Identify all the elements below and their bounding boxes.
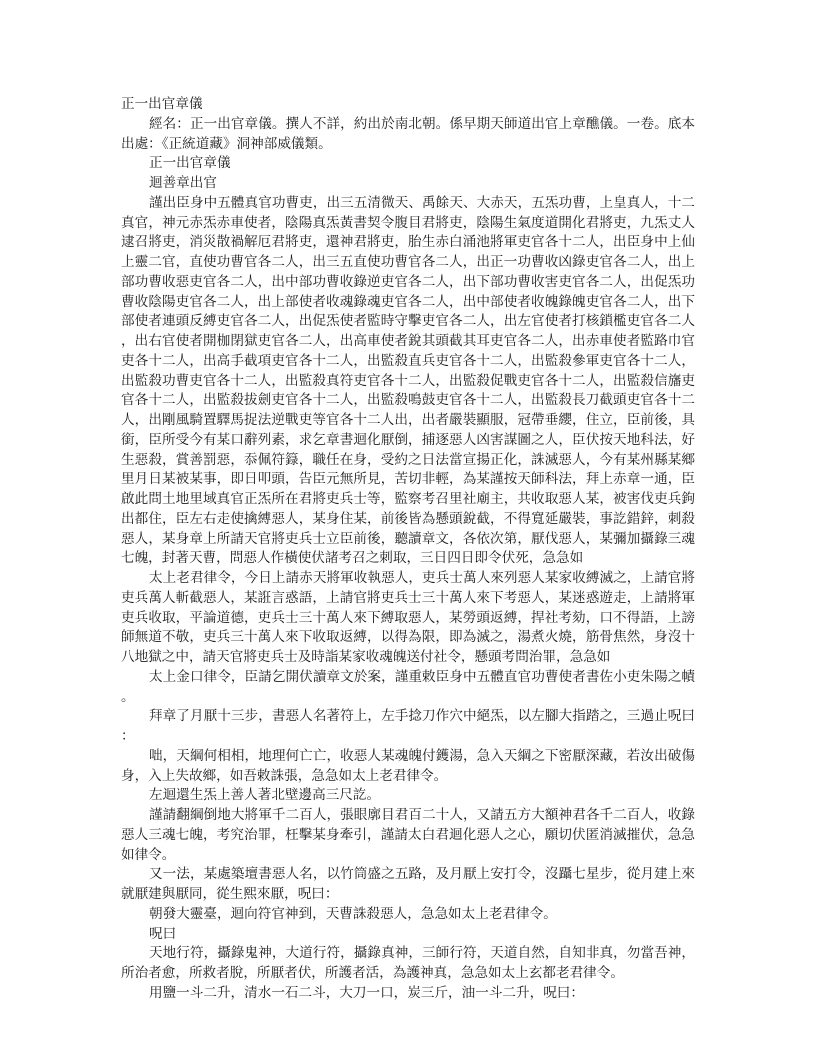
incantation-paragraph: 咄，天綱何相相，地理何亡亡，收惡人某魂魄付鑊湯，急入天綱之下密厭深藏，若汝出破傷… [121,747,695,787]
body-paragraph: 太上金口律令，臣請乞開伏讀章文於案，謹重敕臣身中五體直官功曹使者書佐小吏朱陽之幘… [121,668,695,708]
subsection-heading: 迴善章出官 [121,174,695,194]
body-paragraph: 又一法，某處築壇書惡人名，以竹筒盛之五路，及月厭上安打令，沒躡七星步，從月建上來… [121,865,695,905]
document-page: 正一出官章儀 經名：正一出官章儀。撰人不詳，約出於南北朝。係早期天師道出官上章醮… [121,95,695,1004]
body-paragraph: 用鹽一斗二升，清水一石二斗，大刀一口，炭三斤，油一斗二升，呪曰： [121,984,695,1004]
incantation-heading: 呪曰 [121,925,695,945]
scripture-description: 經名：正一出官章儀。撰人不詳，約出於南北朝。係早期天師道出官上章醮儀。一卷。底本… [121,115,695,155]
body-paragraph: 左迴還生炁上善人著北壁邊高三尺訖。 [121,786,695,806]
body-paragraph: 拜章了月厭十三步，書惡人名著符上，左手捻刀作穴中絕炁，以左腳大指踏之，三過止呪曰… [121,707,695,747]
body-paragraph: 謹出臣身中五體真官功曹吏，出三五清微天、禹餘天、大赤天，五炁功曹，上皇真人，十二… [121,194,695,569]
incantation-paragraph: 天地行符，攝錄鬼神，大道行符，攝錄真神，三師行符，天道自然，自知非真，勿當吾神，… [121,944,695,984]
body-paragraph: 謹請翻綱倒地大將軍千二百人，張眼廓目君百二十人，又請五方大額神君各千二百人，收錄… [121,806,695,865]
document-title: 正一出官章儀 [121,95,695,115]
section-heading: 正一出官章儀 [121,154,695,174]
body-paragraph: 太上老君律令，今日上請赤天將軍收執惡人，吏兵士萬人來列惡人某家收縛滅之，上請官將… [121,569,695,668]
incantation-paragraph: 朝發大靈臺，迴向符官神到，天曹誅殺惡人，急急如太上老君律令。 [121,905,695,925]
